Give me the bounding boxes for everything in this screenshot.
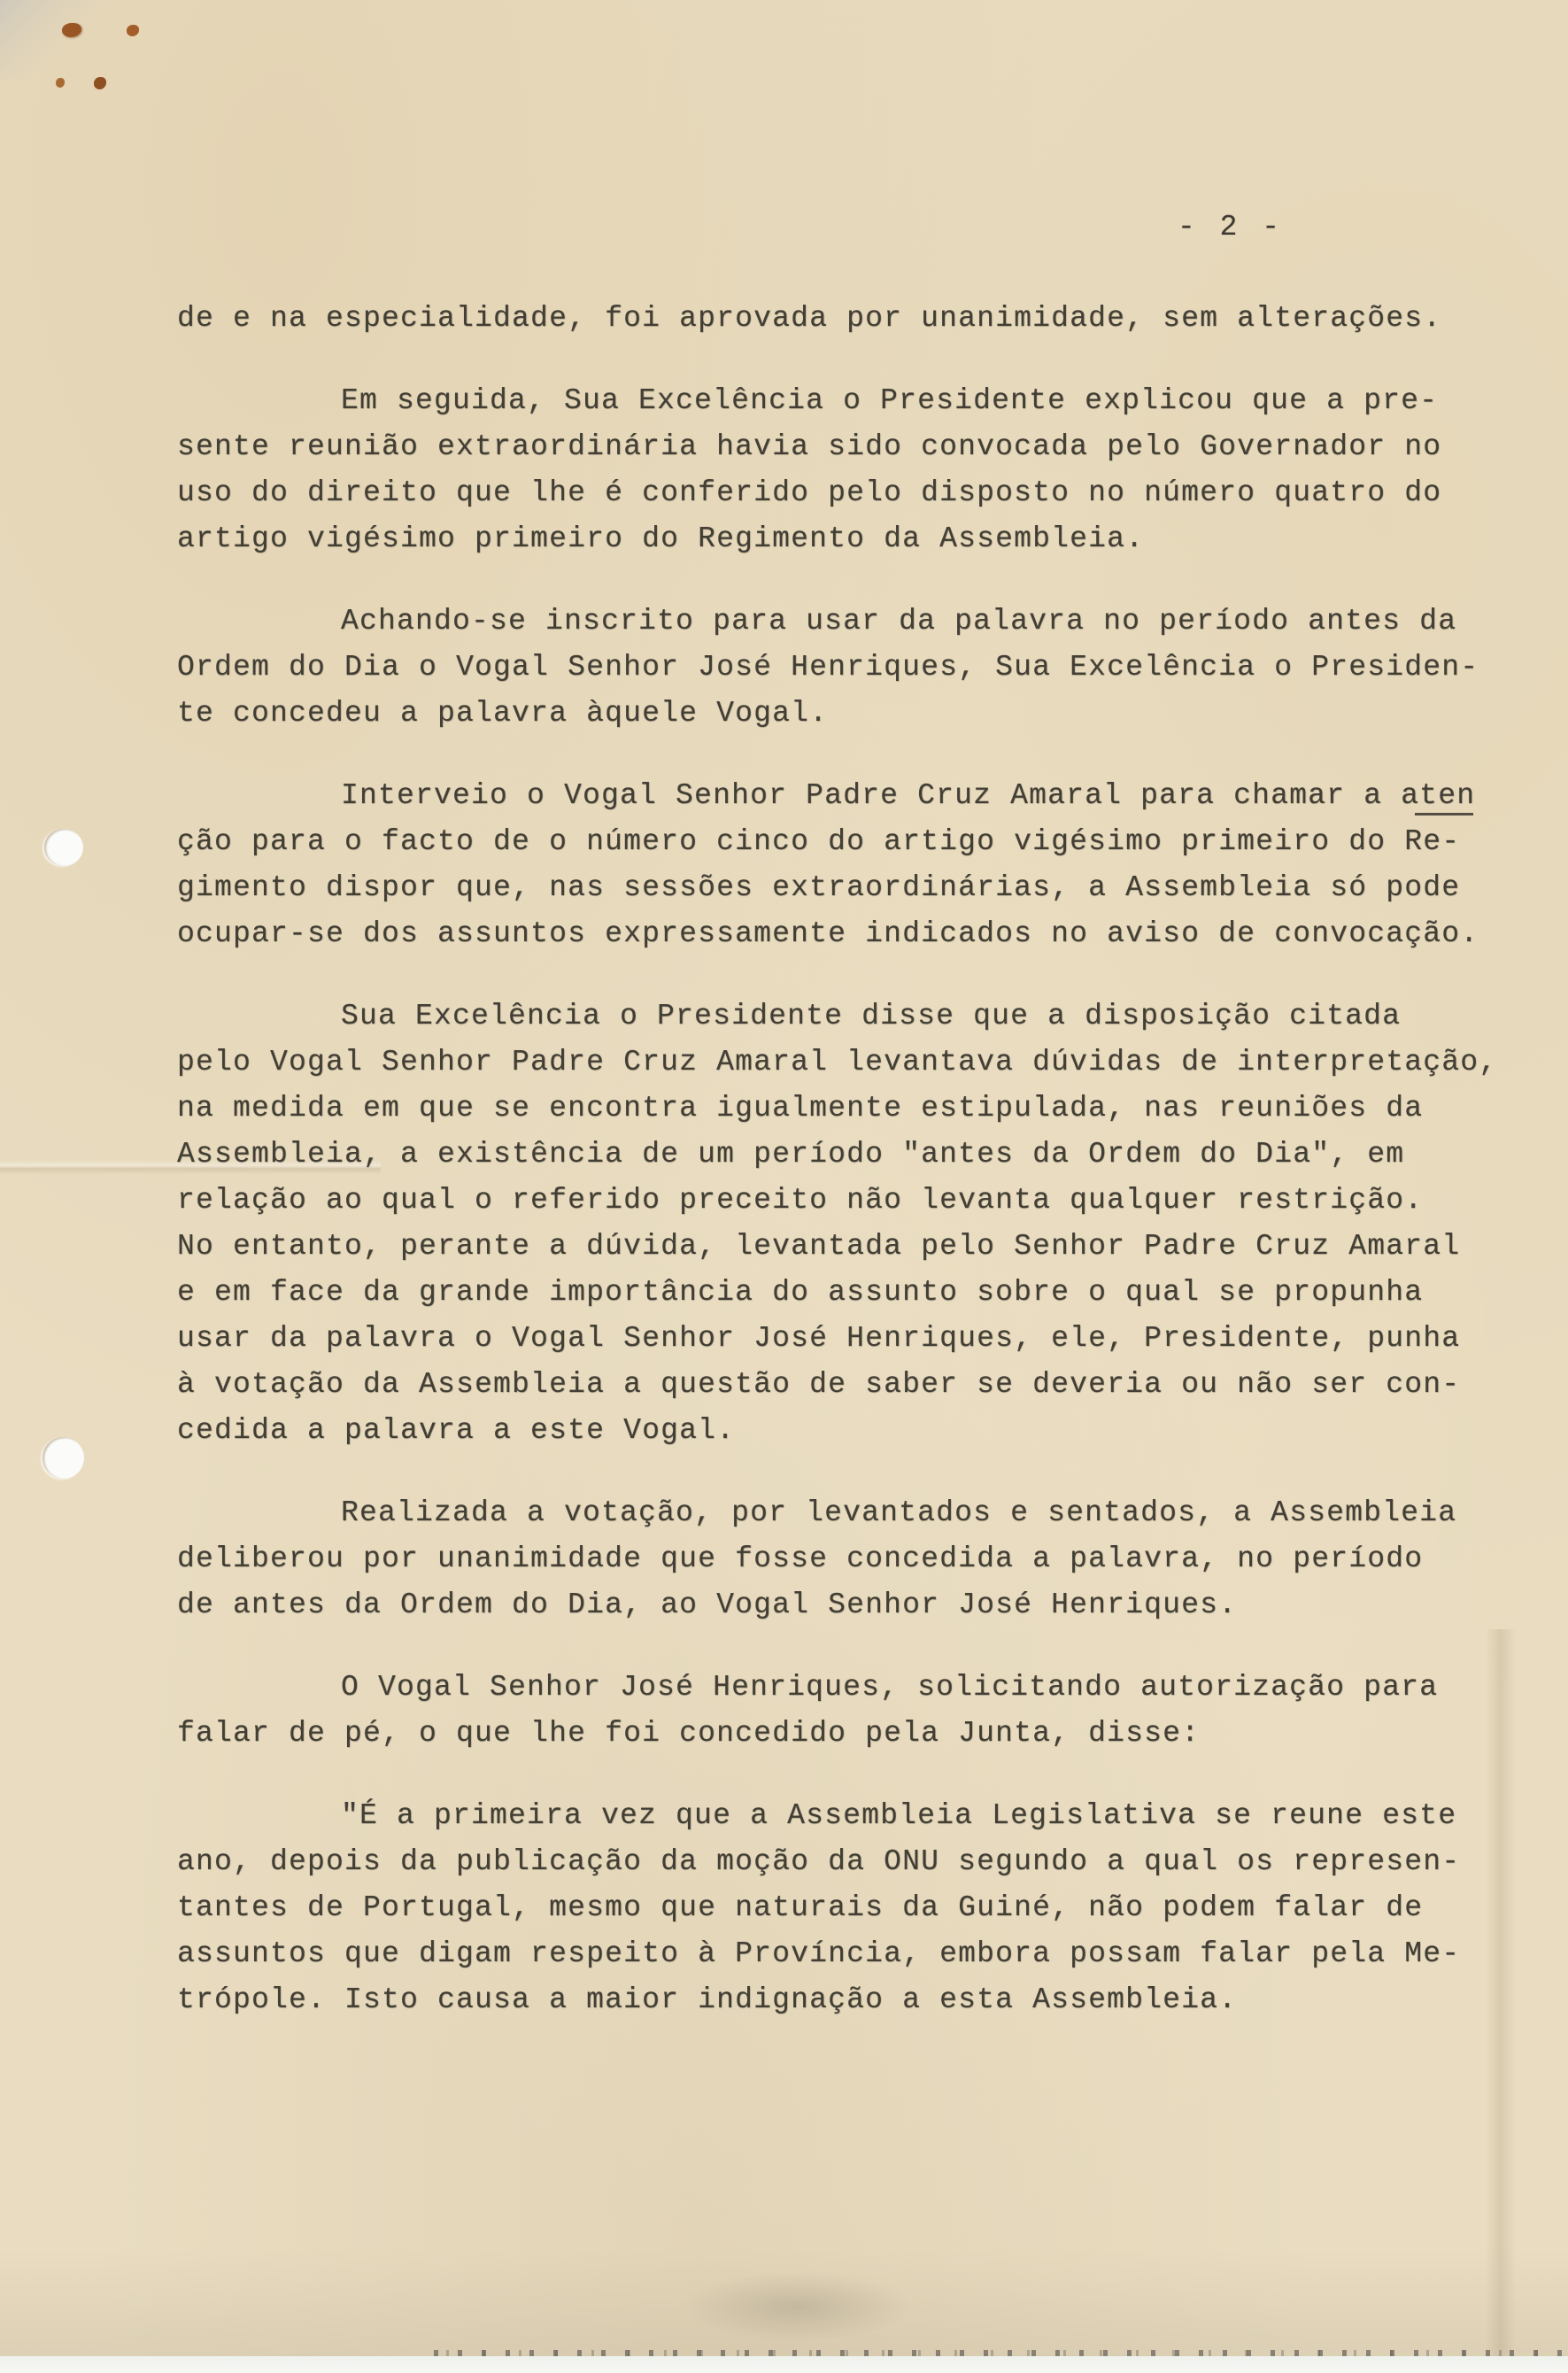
staple-rust-mark (127, 25, 139, 36)
scan-edge-strip (0, 2356, 1568, 2373)
paragraph: Achando-se inscrito para usar da palavra… (177, 599, 1545, 737)
paragraph: Interveio o Vogal Senhor Padre Cruz Amar… (177, 773, 1545, 957)
paper-smudge (682, 2271, 912, 2342)
typewritten-text-block: de e na especialidade, foi aprovada por … (177, 296, 1545, 2060)
scan-edge-dashes (434, 2350, 1568, 2356)
paper-corner-fold (0, 0, 106, 80)
paragraph: de e na especialidade, foi aprovada por … (177, 296, 1545, 342)
paragraph: Em seguida, Sua Excelência o Presidente … (177, 378, 1545, 562)
punch-hole-top (44, 829, 83, 866)
staple-rust-mark (56, 78, 65, 88)
paragraph: "É a primeira vez que a Assembleia Legis… (177, 1793, 1545, 2023)
paragraph: Sua Excelência o Presidente disse que a … (177, 993, 1545, 1454)
punch-hole-bottom (42, 1437, 84, 1479)
paragraph: O Vogal Senhor José Henriques, solicitan… (177, 1665, 1545, 1757)
paragraph: Realizada a votação, por levantados e se… (177, 1490, 1545, 1628)
document-page: - 2 - de e na especialidade, foi aprovad… (0, 0, 1568, 2373)
page-number: - 2 - (1178, 211, 1283, 243)
staple-rust-mark (94, 77, 106, 89)
hyphenation-underline (1415, 813, 1473, 815)
